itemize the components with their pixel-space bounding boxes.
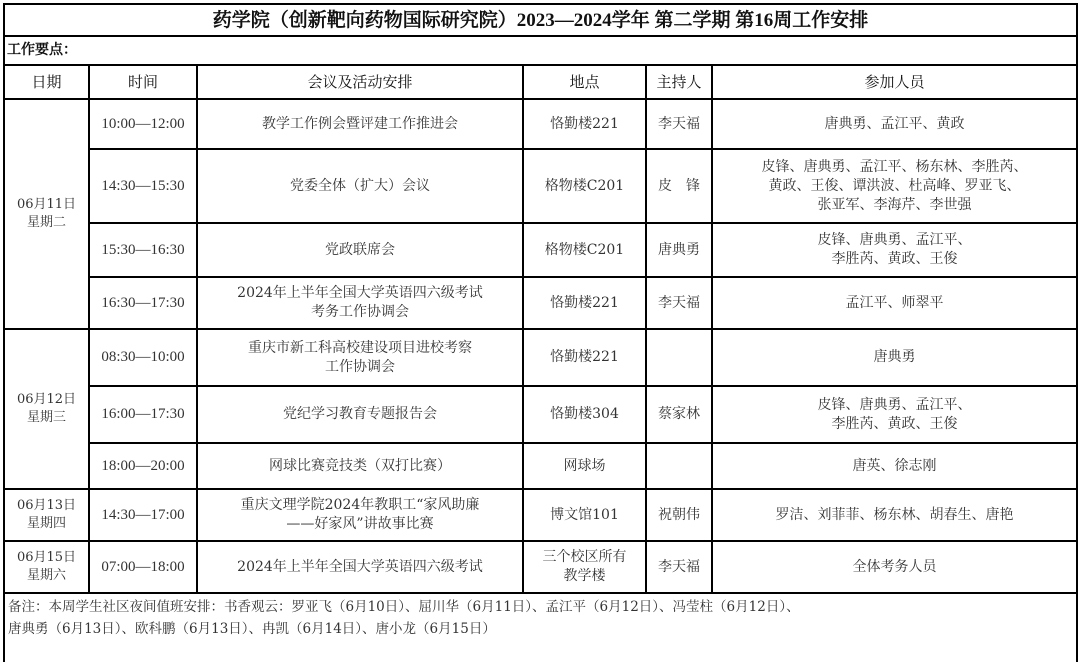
header-time: 时间 [89, 65, 197, 99]
host-cell: 李天福 [646, 541, 712, 593]
location-cell: 恪勤楼221 [523, 329, 646, 386]
time-cell: 16:00—17:30 [89, 386, 197, 443]
table-row: 14:30—15:30 党委全体（扩大）会议 格物楼C201 皮 锋 皮锋、唐典… [4, 149, 1077, 223]
weekday-text: 星期二 [8, 214, 85, 232]
host-cell: 祝朝伟 [646, 489, 712, 541]
key-points-label: 工作要点： [4, 36, 1077, 65]
location-cell: 博文馆101 [523, 489, 646, 541]
date-cell: 06月13日 星期四 [4, 489, 89, 541]
weekday-text: 星期三 [8, 409, 85, 427]
time-cell: 15:30—16:30 [89, 223, 197, 277]
host-cell: 李天福 [646, 99, 712, 149]
location-cell: 三个校区所有 教学楼 [523, 541, 646, 593]
date-text: 06月13日 [8, 497, 85, 515]
header-attendees: 参加人员 [712, 65, 1077, 99]
event-cell: 网球比赛竞技类（双打比赛） [197, 443, 523, 489]
date-cell: 06月12日 星期三 [4, 329, 89, 489]
attendees-cell: 罗洁、刘菲菲、杨东林、胡春生、唐艳 [712, 489, 1077, 541]
header-host: 主持人 [646, 65, 712, 99]
time-cell: 18:00—20:00 [89, 443, 197, 489]
document-title: 药学院（创新靶向药物国际研究院）2023—2024学年 第二学期 第16周工作安… [4, 4, 1077, 36]
header-location: 地点 [523, 65, 646, 99]
attendees-cell: 皮锋、唐典勇、孟江平、 李胜芮、黄政、王俊 [712, 223, 1077, 277]
weekday-text: 星期六 [8, 567, 85, 585]
date-cell: 06月11日 星期二 [4, 99, 89, 329]
time-cell: 14:30—15:30 [89, 149, 197, 223]
event-cell: 重庆市新工科高校建设项目进校考察 工作协调会 [197, 329, 523, 386]
time-cell: 07:00—18:00 [89, 541, 197, 593]
location-cell: 网球场 [523, 443, 646, 489]
event-cell: 教学工作例会暨评建工作推进会 [197, 99, 523, 149]
table-row: 18:00—20:00 网球比赛竞技类（双打比赛） 网球场 唐英、徐志刚 [4, 443, 1077, 489]
header-date: 日期 [4, 65, 89, 99]
host-cell: 李天福 [646, 277, 712, 329]
notes-cell: 备注：本周学生社区夜间值班安排：书香观云：罗亚飞（6月10日）、屈川华（6月11… [4, 593, 1077, 662]
header-event: 会议及活动安排 [197, 65, 523, 99]
time-cell: 08:30—10:00 [89, 329, 197, 386]
schedule-table: 药学院（创新靶向药物国际研究院）2023—2024学年 第二学期 第16周工作安… [3, 3, 1078, 662]
location-cell: 恪勤楼221 [523, 277, 646, 329]
host-cell: 蔡家林 [646, 386, 712, 443]
weekly-schedule-document: 药学院（创新靶向药物国际研究院）2023—2024学年 第二学期 第16周工作安… [3, 3, 1076, 662]
location-cell: 恪勤楼221 [523, 99, 646, 149]
location-cell: 恪勤楼304 [523, 386, 646, 443]
location-cell: 格物楼C201 [523, 223, 646, 277]
host-cell: 唐典勇 [646, 223, 712, 277]
attendees-cell: 唐典勇、孟江平、黄政 [712, 99, 1077, 149]
date-cell: 06月15日 星期六 [4, 541, 89, 593]
time-cell: 10:00—12:00 [89, 99, 197, 149]
host-cell [646, 443, 712, 489]
host-cell: 皮 锋 [646, 149, 712, 223]
attendees-cell: 皮锋、唐典勇、孟江平、 李胜芮、黄政、王俊 [712, 386, 1077, 443]
attendees-cell: 唐英、徐志刚 [712, 443, 1077, 489]
event-cell: 重庆文理学院2024年教职工“家风助廉 ——好家风”讲故事比赛 [197, 489, 523, 541]
date-text: 06月11日 [8, 196, 85, 214]
attendees-cell: 皮锋、唐典勇、孟江平、杨东林、李胜芮、 黄政、王俊、谭洪波、杜高峰、罗亚飞、 张… [712, 149, 1077, 223]
weekday-text: 星期四 [8, 515, 85, 533]
event-cell: 2024年上半年全国大学英语四六级考试 考务工作协调会 [197, 277, 523, 329]
event-cell: 党纪学习教育专题报告会 [197, 386, 523, 443]
time-cell: 16:30—17:30 [89, 277, 197, 329]
event-cell: 党政联席会 [197, 223, 523, 277]
time-cell: 14:30—17:00 [89, 489, 197, 541]
table-row: 06月13日 星期四 14:30—17:00 重庆文理学院2024年教职工“家风… [4, 489, 1077, 541]
event-cell: 2024年上半年全国大学英语四六级考试 [197, 541, 523, 593]
table-row: 06月15日 星期六 07:00—18:00 2024年上半年全国大学英语四六级… [4, 541, 1077, 593]
header-row: 日期 时间 会议及活动安排 地点 主持人 参加人员 [4, 65, 1077, 99]
host-cell [646, 329, 712, 386]
table-row: 06月12日 星期三 08:30—10:00 重庆市新工科高校建设项目进校考察 … [4, 329, 1077, 386]
table-row: 15:30—16:30 党政联席会 格物楼C201 唐典勇 皮锋、唐典勇、孟江平… [4, 223, 1077, 277]
table-row: 16:30—17:30 2024年上半年全国大学英语四六级考试 考务工作协调会 … [4, 277, 1077, 329]
table-row: 06月11日 星期二 10:00—12:00 教学工作例会暨评建工作推进会 恪勤… [4, 99, 1077, 149]
table-row: 16:00—17:30 党纪学习教育专题报告会 恪勤楼304 蔡家林 皮锋、唐典… [4, 386, 1077, 443]
date-text: 06月12日 [8, 391, 85, 409]
event-cell: 党委全体（扩大）会议 [197, 149, 523, 223]
attendees-cell: 孟江平、师翠平 [712, 277, 1077, 329]
location-cell: 格物楼C201 [523, 149, 646, 223]
date-text: 06月15日 [8, 549, 85, 567]
attendees-cell: 唐典勇 [712, 329, 1077, 386]
attendees-cell: 全体考务人员 [712, 541, 1077, 593]
